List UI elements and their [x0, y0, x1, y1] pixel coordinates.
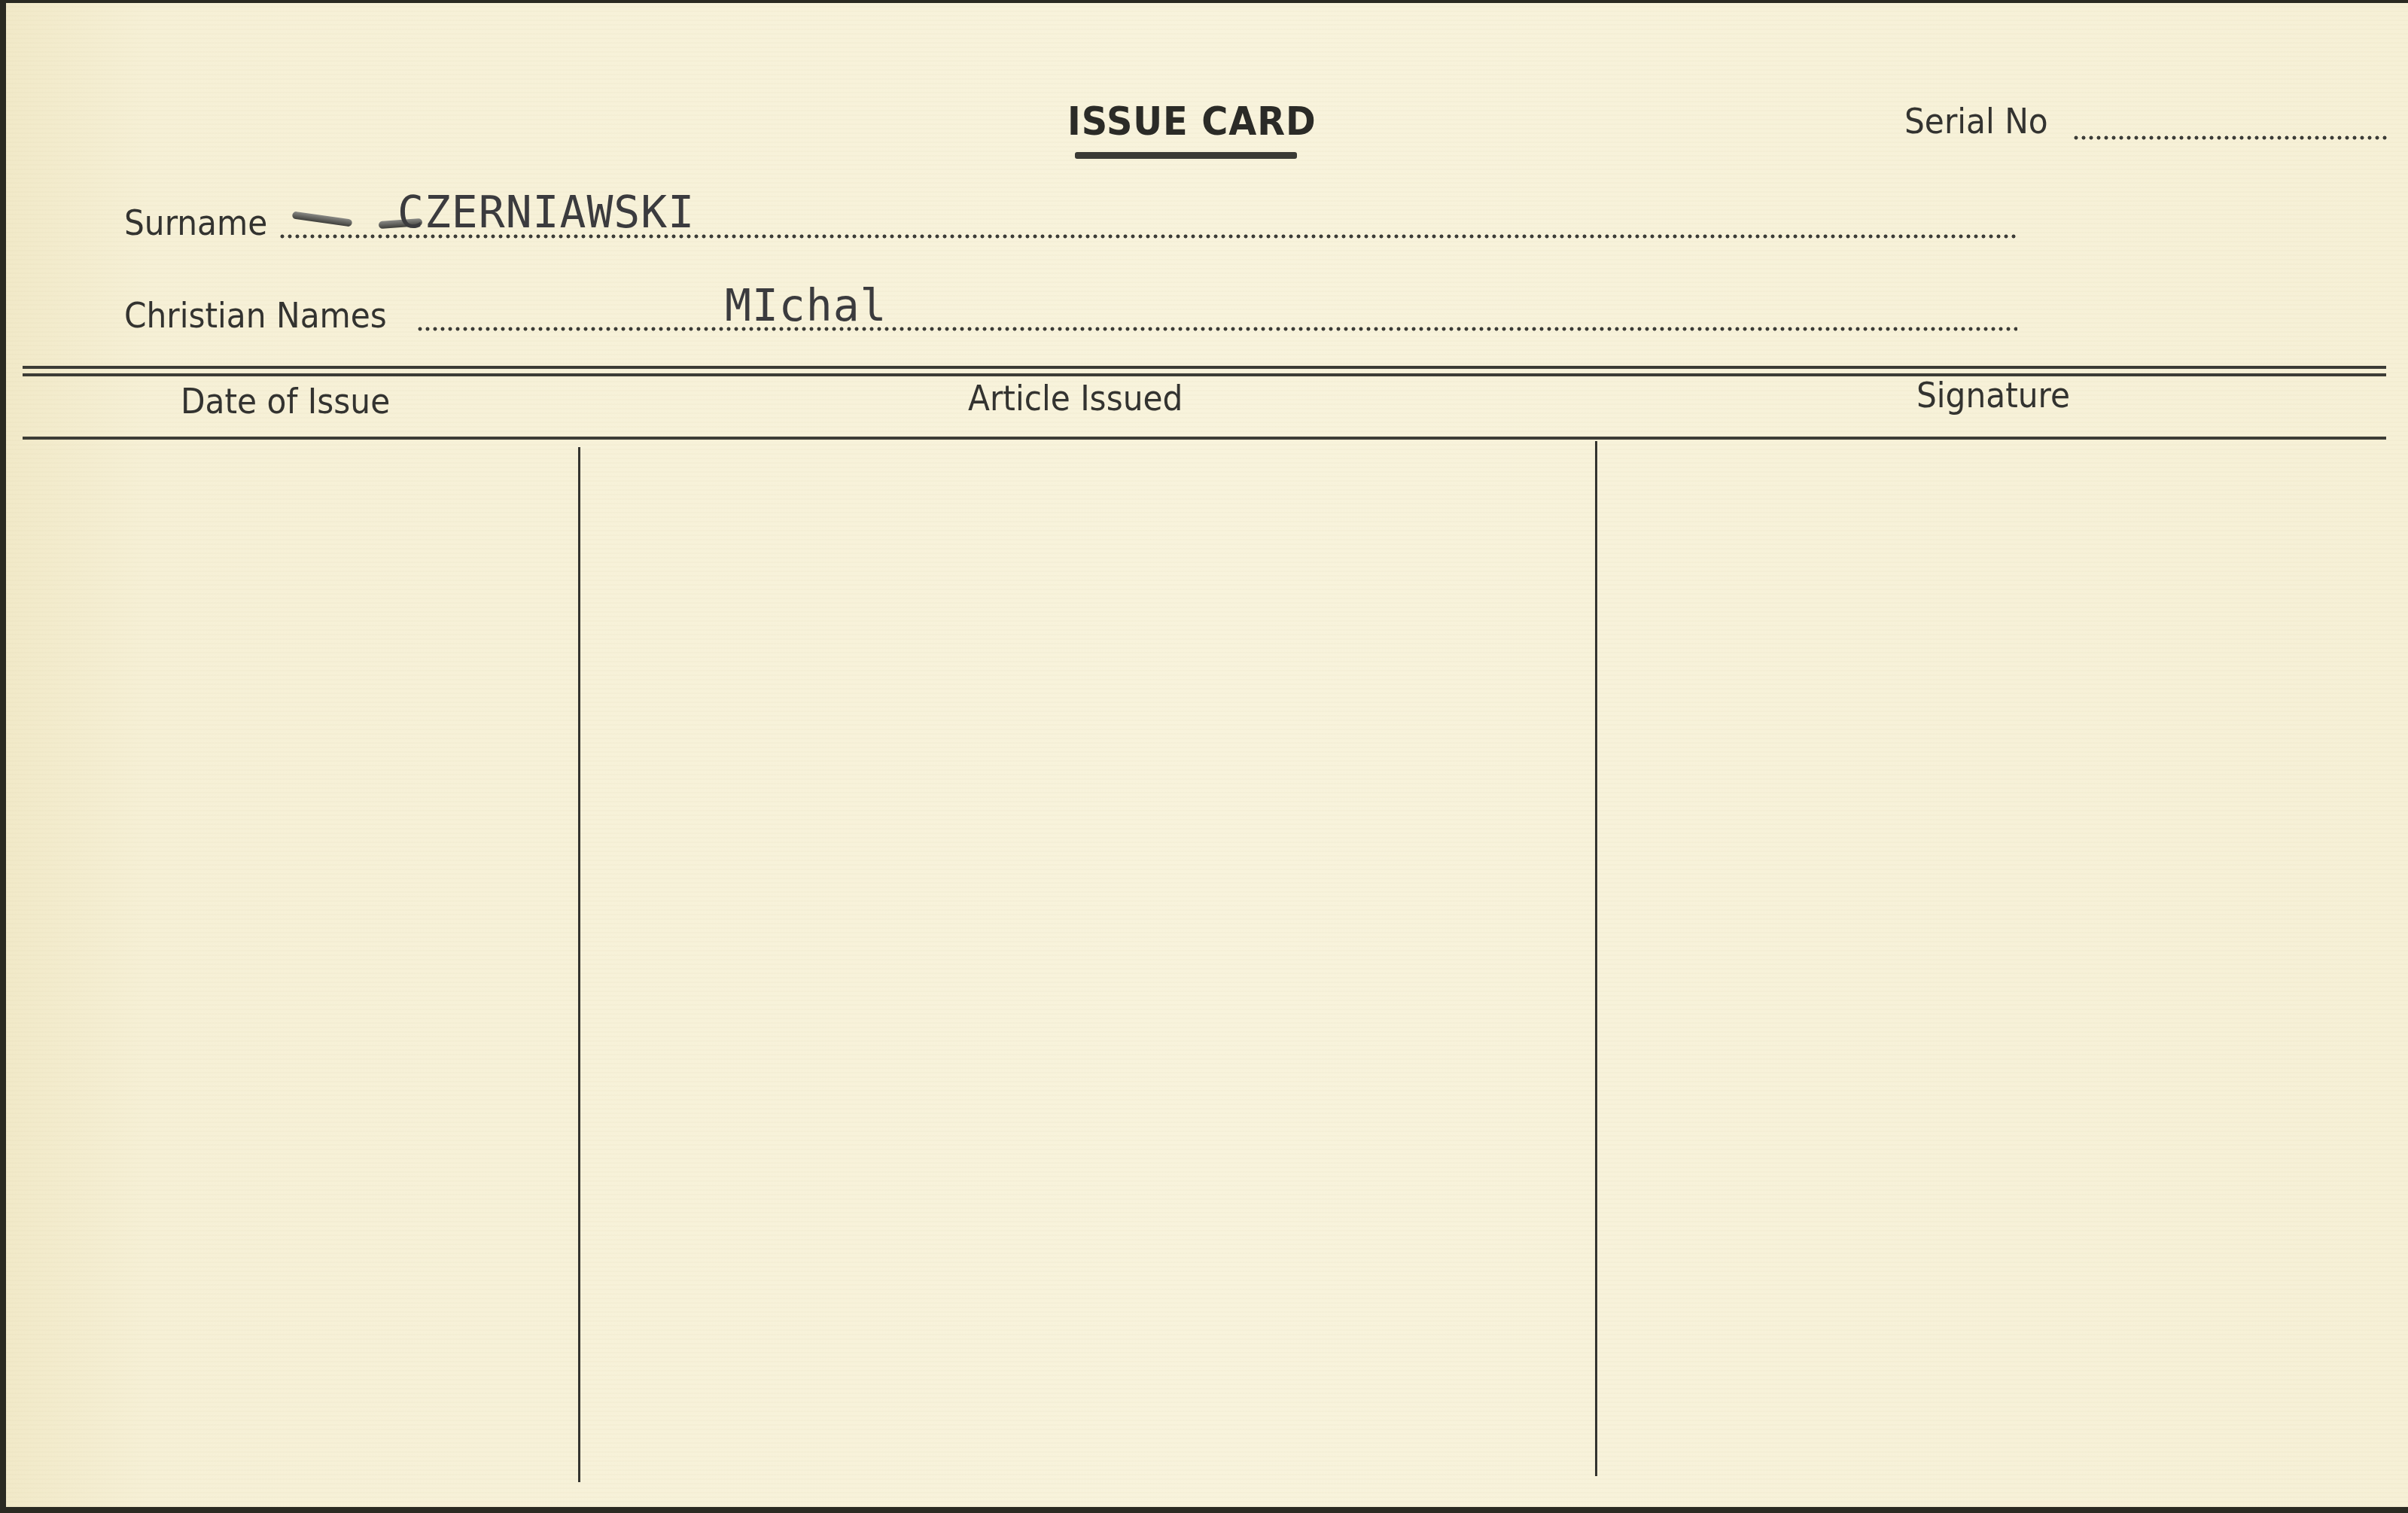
surname-value: CZERNIAWSKI [397, 187, 695, 238]
header-bottom-rule [23, 437, 2386, 440]
column-divider-1 [578, 447, 580, 1482]
surname-label: Surname [124, 202, 267, 244]
date-of-issue-column[interactable] [23, 447, 576, 1478]
christian-names-value: MIchal [725, 280, 887, 331]
issue-card: ISSUE CARD Serial No Surname CZERNIAWSKI… [6, 3, 2408, 1507]
christian-names-field[interactable] [416, 327, 2017, 331]
column-header-article-issued: Article Issued [968, 378, 1183, 419]
column-header-signature: Signature [1916, 375, 2070, 416]
staple-mark-icon [292, 211, 353, 227]
card-title: ISSUE CARD [1067, 99, 1317, 145]
signature-column[interactable] [1600, 447, 2390, 1478]
header-double-rule-top [23, 366, 2386, 369]
column-header-date-of-issue: Date of Issue [181, 381, 390, 422]
article-issued-column[interactable] [583, 447, 1593, 1478]
serial-no-field[interactable] [2072, 135, 2388, 140]
title-underline [1075, 152, 1297, 159]
christian-names-label: Christian Names [124, 295, 387, 336]
column-divider-2 [1595, 441, 1597, 1476]
serial-no-label: Serial No [1904, 101, 2048, 142]
